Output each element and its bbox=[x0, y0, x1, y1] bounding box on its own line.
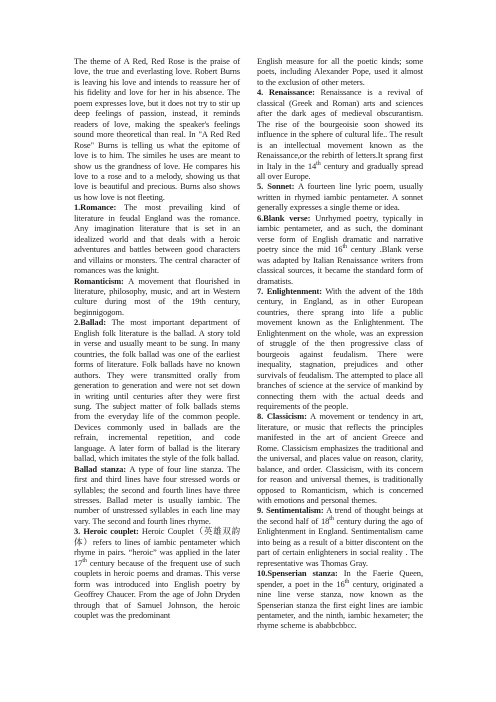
paragraph: 1.Romance: The most prevailing kind of l… bbox=[74, 202, 240, 275]
term-label: Ballad stanza: bbox=[74, 464, 126, 474]
body-text: A movement or tendency in art, literatur… bbox=[257, 411, 423, 505]
paragraph: 10.Spenserian stanza: In the Faerie Quee… bbox=[257, 568, 423, 631]
term-label: 6.Blank verse: bbox=[257, 213, 310, 223]
paragraph: Ballad stanza: A type of four line stanz… bbox=[74, 464, 240, 527]
paragraph: 6.Blank verse: Unrhymed poetry, typicall… bbox=[257, 213, 423, 286]
paragraph: 5. Sonnet: A fourteen line lyric poem, u… bbox=[257, 181, 423, 212]
term-label: 1.Romance: bbox=[74, 202, 116, 212]
paragraph: 8. Classicism: A movement or tendency in… bbox=[257, 411, 423, 505]
paragraph: 9. Sentimentalism: A trend of thought be… bbox=[257, 505, 423, 568]
term-label: 10.Spenserian stanza: bbox=[257, 568, 338, 578]
paragraph: 3. Heroic couplet: Heroic Couplet（英雄双韵体）… bbox=[74, 526, 240, 620]
paragraph: 4. Renaissance: Renaissance is a revival… bbox=[257, 87, 423, 181]
column-left: The theme of A Red, Red Rose is the prai… bbox=[74, 56, 240, 631]
document-page: The theme of A Red, Red Rose is the prai… bbox=[0, 0, 496, 702]
paragraph: Romanticism: A movement that flourished … bbox=[74, 276, 240, 318]
body-text: With the advent of the 18th century, in … bbox=[257, 286, 423, 411]
body-text: The theme of A Red, Red Rose is the prai… bbox=[74, 56, 240, 202]
paragraph: English measure for all the poetic kinds… bbox=[257, 56, 423, 87]
paragraph: 2.Ballad: The most important department … bbox=[74, 317, 240, 463]
term-label: 3. Heroic couplet: bbox=[74, 526, 139, 536]
body-text: century because of the frequent use of s… bbox=[74, 558, 240, 620]
paragraph: 7. Enlightenment: With the advent of the… bbox=[257, 286, 423, 411]
paragraph: The theme of A Red, Red Rose is the prai… bbox=[74, 56, 240, 202]
term-label: Romanticism: bbox=[74, 276, 124, 286]
column-right: English measure for all the poetic kinds… bbox=[257, 56, 423, 631]
term-label: 7. Enlightenment: bbox=[257, 286, 322, 296]
term-label: 5. Sonnet: bbox=[257, 181, 294, 191]
term-label: 8. Classicism: bbox=[257, 411, 307, 421]
term-label: 2.Ballad: bbox=[74, 317, 106, 327]
term-label: 9. Sentimentalism: bbox=[257, 505, 324, 515]
body-text: English measure for all the poetic kinds… bbox=[257, 56, 423, 87]
body-text: Renaissance is a revival of classical (G… bbox=[257, 87, 423, 170]
term-label: 4. Renaissance: bbox=[257, 87, 315, 97]
body-text: The most important department of English… bbox=[74, 317, 240, 463]
two-column-layout: The theme of A Red, Red Rose is the prai… bbox=[74, 56, 423, 631]
body-text: The most prevailing kind of literature i… bbox=[74, 202, 240, 275]
